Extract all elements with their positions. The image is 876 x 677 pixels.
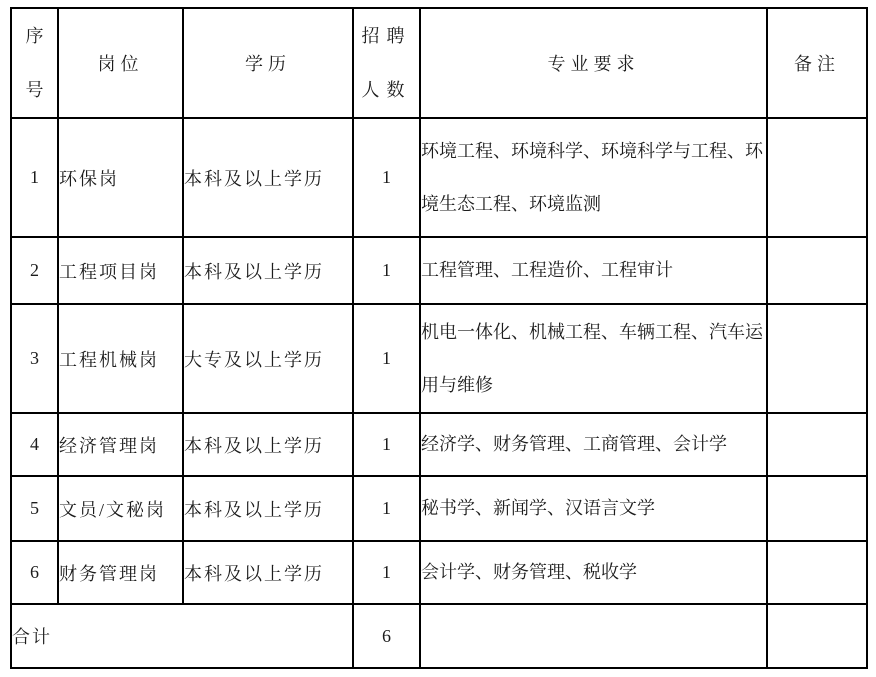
cell-remarks [767,541,867,604]
cell-position: 经济管理岗 [58,413,183,476]
cell-position: 文员/文秘岗 [58,476,183,541]
cell-education: 本科及以上学历 [183,476,353,541]
header-remarks: 备注 [767,8,867,118]
header-row: 序号 岗位 学历 招聘人数 专业要求 备注 [11,8,867,118]
cell-education: 大专及以上学历 [183,304,353,413]
cell-majors: 秘书学、新闻学、汉语言文学 [420,476,767,541]
table-row: 6 财务管理岗 本科及以上学历 1 会计学、财务管理、税收学 [11,541,867,604]
cell-remarks [767,413,867,476]
cell-index: 1 [11,118,58,237]
cell-remarks [767,118,867,237]
table-row: 5 文员/文秘岗 本科及以上学历 1 秘书学、新闻学、汉语言文学 [11,476,867,541]
header-headcount-label: 招聘人数 [359,9,415,117]
cell-index: 3 [11,304,58,413]
cell-education: 本科及以上学历 [183,541,353,604]
header-headcount: 招聘人数 [353,8,420,118]
cell-education: 本科及以上学历 [183,118,353,237]
table-row: 1 环保岗 本科及以上学历 1 环境工程、环境科学、环境科学与工程、环境生态工程… [11,118,867,237]
header-index-label: 序号 [23,9,47,117]
total-row: 合计 6 [11,604,867,668]
cell-education: 本科及以上学历 [183,413,353,476]
cell-majors: 环境工程、环境科学、环境科学与工程、环境生态工程、环境监测 [420,118,767,237]
total-majors-cell [420,604,767,668]
cell-position: 环保岗 [58,118,183,237]
cell-education: 本科及以上学历 [183,237,353,304]
cell-majors: 机电一体化、机械工程、车辆工程、汽车运用与维修 [420,304,767,413]
recruitment-positions-table: 序号 岗位 学历 招聘人数 专业要求 备注 1 环保岗 本科及以上学历 1 环境… [10,7,868,669]
cell-index: 2 [11,237,58,304]
cell-index: 5 [11,476,58,541]
cell-majors: 工程管理、工程造价、工程审计 [420,237,767,304]
cell-remarks [767,476,867,541]
total-remarks-cell [767,604,867,668]
header-index: 序号 [11,8,58,118]
total-headcount-cell: 6 [353,604,420,668]
cell-remarks [767,237,867,304]
cell-headcount: 1 [353,413,420,476]
cell-position: 财务管理岗 [58,541,183,604]
cell-headcount: 1 [353,541,420,604]
cell-remarks [767,304,867,413]
header-majors: 专业要求 [420,8,767,118]
cell-position: 工程机械岗 [58,304,183,413]
cell-headcount: 1 [353,304,420,413]
cell-position: 工程项目岗 [58,237,183,304]
table-row: 4 经济管理岗 本科及以上学历 1 经济学、财务管理、工商管理、会计学 [11,413,867,476]
cell-index: 6 [11,541,58,604]
cell-majors: 会计学、财务管理、税收学 [420,541,767,604]
header-education: 学历 [183,8,353,118]
cell-index: 4 [11,413,58,476]
table-row: 2 工程项目岗 本科及以上学历 1 工程管理、工程造价、工程审计 [11,237,867,304]
cell-headcount: 1 [353,476,420,541]
cell-headcount: 1 [353,237,420,304]
cell-majors: 经济学、财务管理、工商管理、会计学 [420,413,767,476]
total-label-cell: 合计 [11,604,353,668]
table-row: 3 工程机械岗 大专及以上学历 1 机电一体化、机械工程、车辆工程、汽车运用与维… [11,304,867,413]
cell-headcount: 1 [353,118,420,237]
header-position: 岗位 [58,8,183,118]
